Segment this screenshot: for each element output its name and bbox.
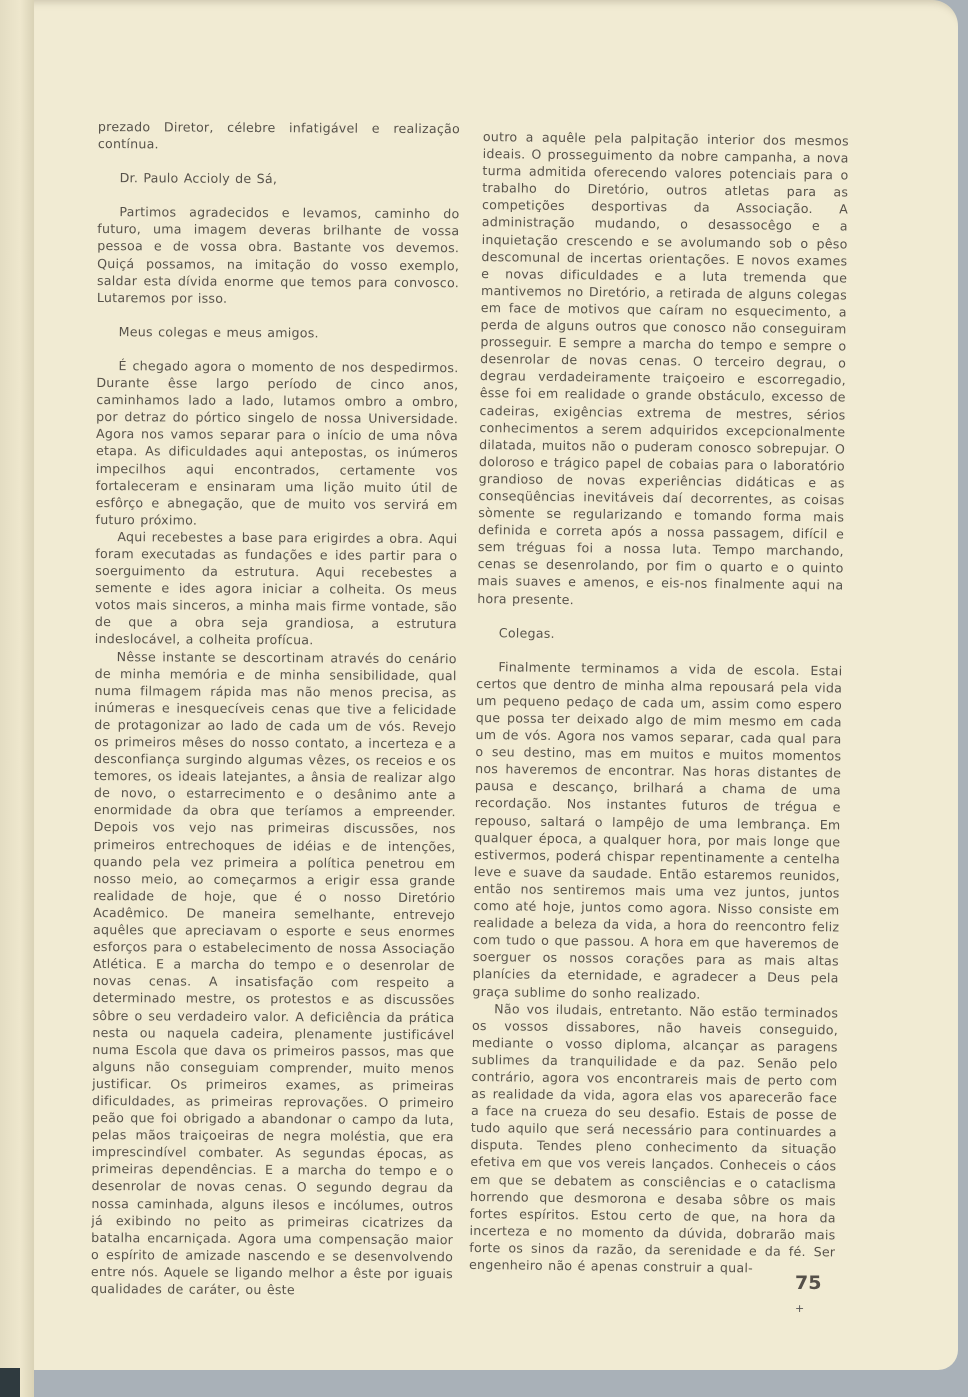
paragraph: Não vos iludais, entretanto. Não estão t… [469, 1000, 838, 1278]
paragraph: Nêsse instante se descortinam através do… [91, 648, 457, 1300]
paragraph: É chegado agora o momento de nos despedi… [95, 357, 458, 530]
paragraph: Partimos agradecidos e levamos, caminho … [97, 203, 460, 308]
paragraph: outro a aquêle pela palpitação interior … [477, 128, 849, 611]
left-column: prezado Diretor, célebre infatigável e r… [91, 118, 460, 1299]
right-column: outro a aquêle pela palpitação interior … [469, 128, 849, 1277]
paragraph: Aqui recebestes a base para erigirdes a … [95, 528, 458, 650]
salutation: Meus colegas e meus amigos. [97, 323, 459, 342]
page-number: 75 [795, 1272, 821, 1294]
paragraph: Finalmente terminamos a vida de escola. … [472, 658, 842, 1004]
background-corner [0, 1368, 20, 1397]
print-mark: + [795, 1302, 804, 1315]
book-binding-edge [0, 0, 34, 1397]
salutation: Dr. Paulo Accioly de Sá, [98, 169, 460, 188]
paragraph: prezado Diretor, célebre infatigável e r… [98, 118, 460, 154]
salutation: Colegas. [477, 624, 843, 646]
